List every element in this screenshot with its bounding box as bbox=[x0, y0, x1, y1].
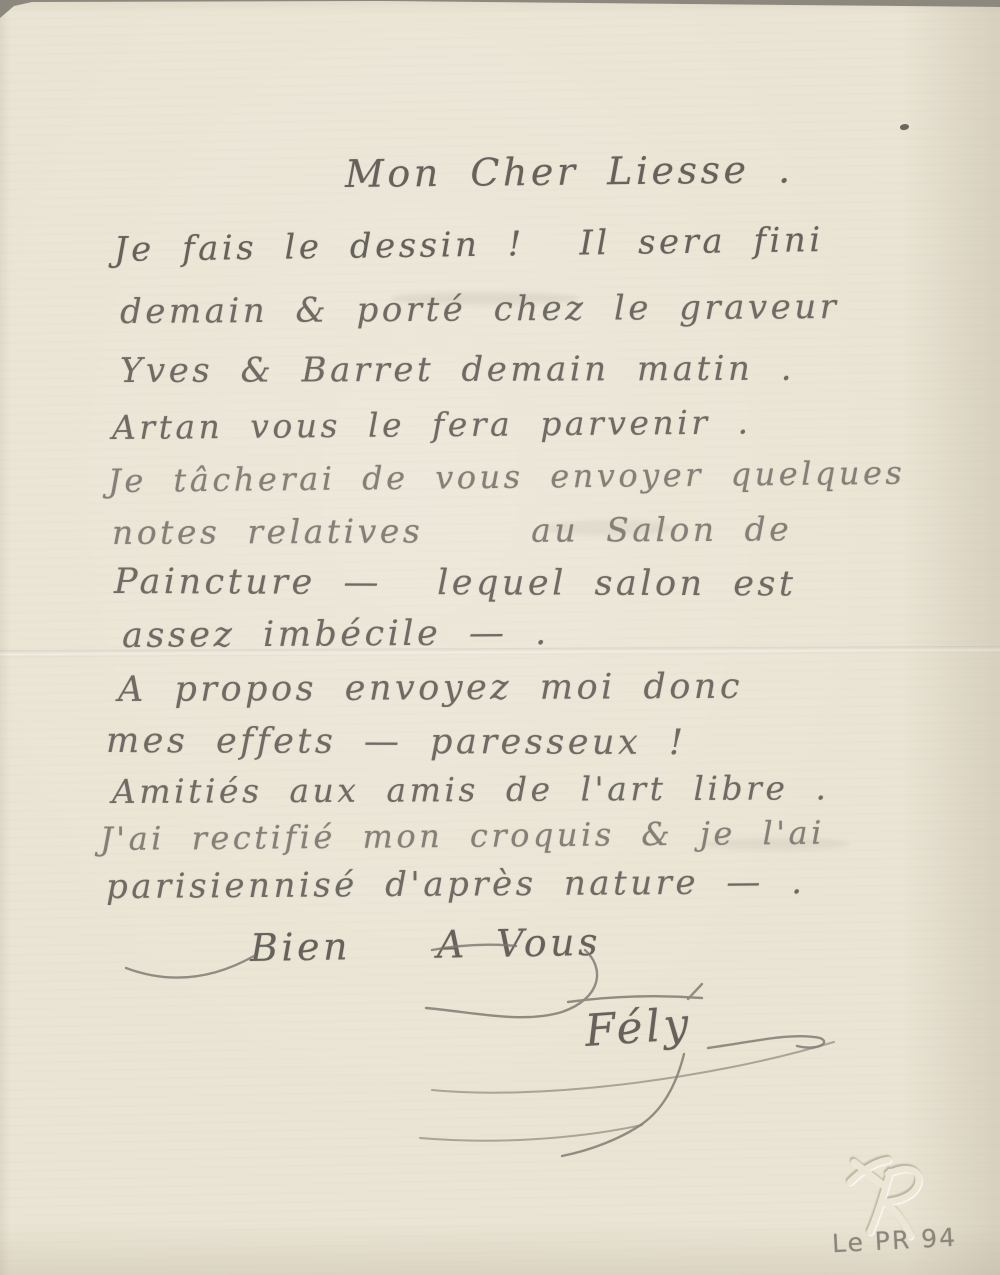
letter-line: Amitiés aux amis de l'art libre . bbox=[112, 768, 830, 811]
letter-line: Yves & Barret demain matin . bbox=[120, 349, 795, 391]
letter-line: Artan vous le fera parvenir . bbox=[112, 402, 752, 447]
letter-line: J'ai rectifié mon croquis & je l'ai bbox=[100, 814, 825, 858]
signature-flourish bbox=[90, 930, 870, 1180]
letter-line: demain & porté chez le graveur bbox=[120, 287, 840, 332]
letter-greeting: Mon Cher Liesse . bbox=[345, 147, 794, 196]
letter-line: Paincture — lequel salon est bbox=[114, 562, 797, 604]
letter-line: assez imbécile — . bbox=[122, 613, 550, 656]
letter-line: parisiennisé d'après nature — . bbox=[106, 862, 806, 907]
letter-line: mes effets — paresseux ! bbox=[106, 721, 687, 763]
letter-line: A propos envoyez moi donc bbox=[118, 667, 743, 710]
scanned-letter: Mon Cher Liesse . Je fais le dessin ! Il… bbox=[0, 0, 1000, 1275]
letter-line: notes relatives au Salon de bbox=[112, 509, 792, 552]
